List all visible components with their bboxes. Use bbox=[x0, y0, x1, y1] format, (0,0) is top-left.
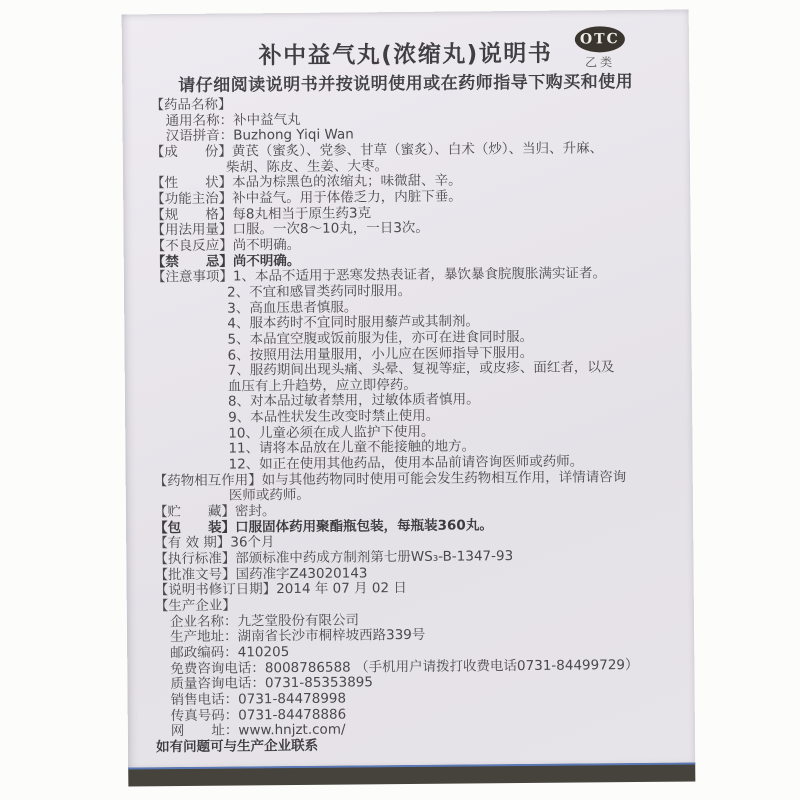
leaflet-body: 【药品名称】通用名称：补中益气丸汉语拼音：Buzhong Yiqi Wan【成 … bbox=[150, 94, 689, 756]
leaflet-paper: OTC 乙类 补中益气丸(浓缩丸)说明书 请仔细阅读说明书并按说明使用或在药师指… bbox=[122, 10, 696, 768]
leaflet-line: 如有问题可与生产企业联系 bbox=[156, 735, 689, 755]
photo-background: OTC 乙类 补中益气丸(浓缩丸)说明书 请仔细阅读说明书并按说明使用或在药师指… bbox=[0, 0, 800, 800]
page-title: 补中益气丸(浓缩丸)说明书 bbox=[122, 34, 689, 72]
leaflet: OTC 乙类 补中益气丸(浓缩丸)说明书 请仔细阅读说明书并按说明使用或在药师指… bbox=[122, 10, 696, 787]
read-instructions-warning: 请仔细阅读说明书并按说明使用或在药师指导下购买和使用 bbox=[122, 67, 689, 97]
